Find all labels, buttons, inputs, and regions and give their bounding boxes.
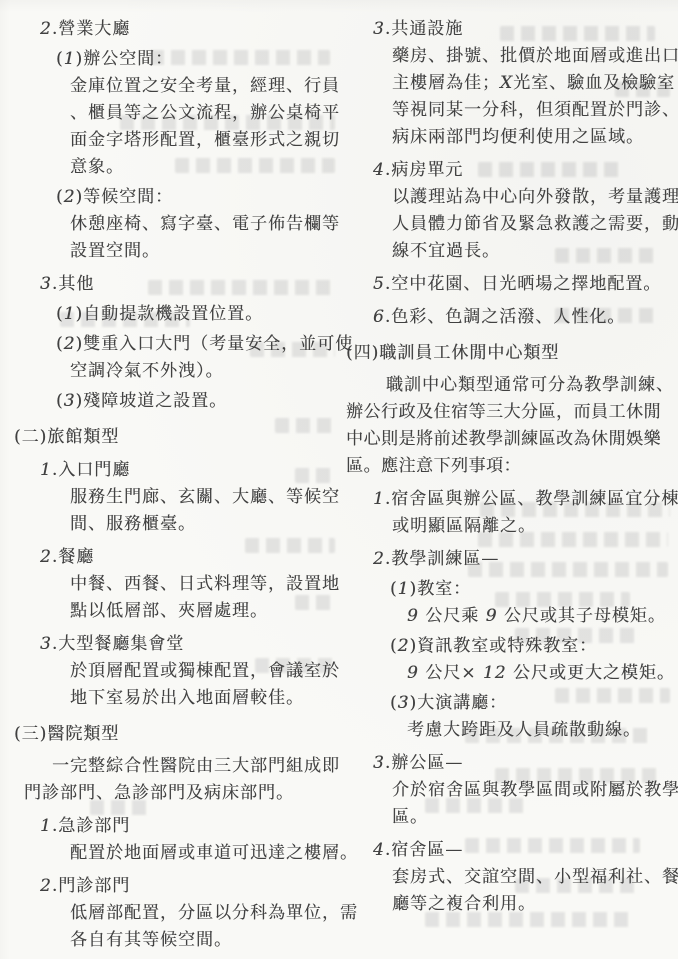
text-line: 4.宿舍區— (373, 837, 678, 864)
text-line: 間、服務櫃臺。 (70, 511, 346, 538)
text-line: 休憩座椅、寫字臺、電子佈告欄等 (70, 211, 346, 238)
text-line: 4.病房單元 (373, 157, 678, 184)
text-line: (三)醫院類型 (14, 721, 346, 748)
text-line: (3)大演講廳： (390, 690, 678, 717)
text-line: 中心則是將前述教學訓練區改為休閒娛樂 (346, 426, 678, 453)
text-line: 9 公尺× 12 公尺或更大之模矩。 (407, 660, 678, 687)
text-line: (2)資訊教室或特殊教室： (390, 633, 678, 660)
text-line: 3.其他 (40, 271, 346, 298)
text-line: (1)自動提款機設置位置。 (56, 301, 346, 328)
text-line: 低層部配置，分區以分科為單位，需 (70, 900, 346, 927)
text-line: 線不宜過長。 (392, 238, 678, 265)
text-line: 人員體力節省及緊急救護之需要，動 (392, 211, 678, 238)
text-line: 3.共通設施 (373, 16, 678, 43)
text-line: 2.教學訓練區— (373, 546, 678, 573)
text-line: 以護理站為中心向外發散，考量護理 (392, 184, 678, 211)
text-line: 考慮大跨距及人員疏散動線。 (407, 717, 678, 744)
right-text-column: 3.共通設施藥房、掛號、批價於地面層或進出口主樓層為佳；X光室、驗血及檢驗室等視… (346, 10, 678, 918)
text-line: 3.辦公區— (373, 750, 678, 777)
text-line: 於頂層配置或獨棟配置，會議室於 (70, 658, 346, 685)
text-line: 空調冷氣不外洩）。 (70, 358, 346, 385)
text-line: 意象。 (70, 154, 346, 181)
text-line: 門診部門、急診部門及病床部門。 (24, 780, 346, 807)
text-line: (四)職訓員工休閒中心類型 (346, 340, 678, 367)
text-line: 2.門診部門 (40, 873, 346, 900)
text-line: (3)殘障坡道之設置。 (56, 388, 346, 415)
text-line: 各自有其等候空間。 (70, 927, 346, 954)
text-line: (1)教室： (390, 576, 678, 603)
text-line: 地下室易於出入地面層較佳。 (70, 685, 346, 712)
left-text-column: 2.營業大廳(1)辦公空間：金庫位置之安全考量，經理、行員、櫃員等之公文流程，辦… (14, 10, 346, 954)
text-line: (二)旅館類型 (14, 424, 346, 451)
text-line: 2.餐廳 (40, 544, 346, 571)
text-line: 3.大型餐廳集會堂 (40, 631, 346, 658)
text-line: 服務生門廊、玄關、大廳、等候空 (70, 484, 346, 511)
scanned-document-page: 2.營業大廳(1)辦公空間：金庫位置之安全考量，經理、行員、櫃員等之公文流程，辦… (0, 0, 678, 959)
text-line: 2.營業大廳 (40, 16, 346, 43)
text-line: 套房式、交誼空間、小型福利社、餐 (392, 864, 678, 891)
text-line: 主樓層為佳；X光室、驗血及檢驗室 (392, 70, 678, 97)
text-line: 職訓中心類型通常可分為教學訓練、 (386, 372, 678, 399)
text-line: 廳等之複合利用。 (392, 891, 678, 918)
text-line: 中餐、西餐、日式料理等，設置地 (70, 571, 346, 598)
text-line: 面金字塔形配置，櫃臺形式之親切 (70, 127, 346, 154)
text-line: 、櫃員等之公文流程，辦公桌椅平 (70, 100, 346, 127)
text-line: 1.急診部門 (40, 813, 346, 840)
text-line: 1.入口門廳 (40, 457, 346, 484)
text-line: 配置於地面層或車道可迅達之樓層。 (70, 840, 346, 867)
text-line: 區。 (392, 804, 678, 831)
text-line: (1)辦公空間： (56, 46, 346, 73)
text-line: 5.空中花園、日光晒場之擇地配置。 (373, 271, 678, 298)
text-line: 藥房、掛號、批價於地面層或進出口 (392, 43, 678, 70)
text-line: 點以低層部、夾層處理。 (70, 598, 346, 625)
text-line: 設置空間。 (70, 238, 346, 265)
text-line: 或明顯區隔離之。 (392, 513, 678, 540)
text-line: 6.色彩、色調之活潑、人性化。 (373, 304, 678, 331)
text-line: 區。應注意下列事項： (346, 453, 678, 480)
text-line: 病床兩部門均便利使用之區域。 (392, 124, 678, 151)
text-line: 一完整綜合性醫院由三大部門組成即 (52, 753, 346, 780)
text-line: 9 公尺乘 9 公尺或其子母模矩。 (407, 603, 678, 630)
text-line: 介於宿舍區與教學區間或附屬於教學 (392, 777, 678, 804)
text-line: 1.宿舍區與辦公區、教學訓練區宜分棟 (373, 486, 678, 513)
text-line: 金庫位置之安全考量，經理、行員 (70, 73, 346, 100)
text-line: 等視同某一分科，但須配置於門診、 (392, 97, 678, 124)
text-line: 辦公行政及住宿等三大分區，而員工休閒 (346, 399, 678, 426)
text-line: (2)雙重入口大門（考量安全，並可使 (56, 331, 346, 358)
text-line: (2)等候空間： (56, 184, 346, 211)
